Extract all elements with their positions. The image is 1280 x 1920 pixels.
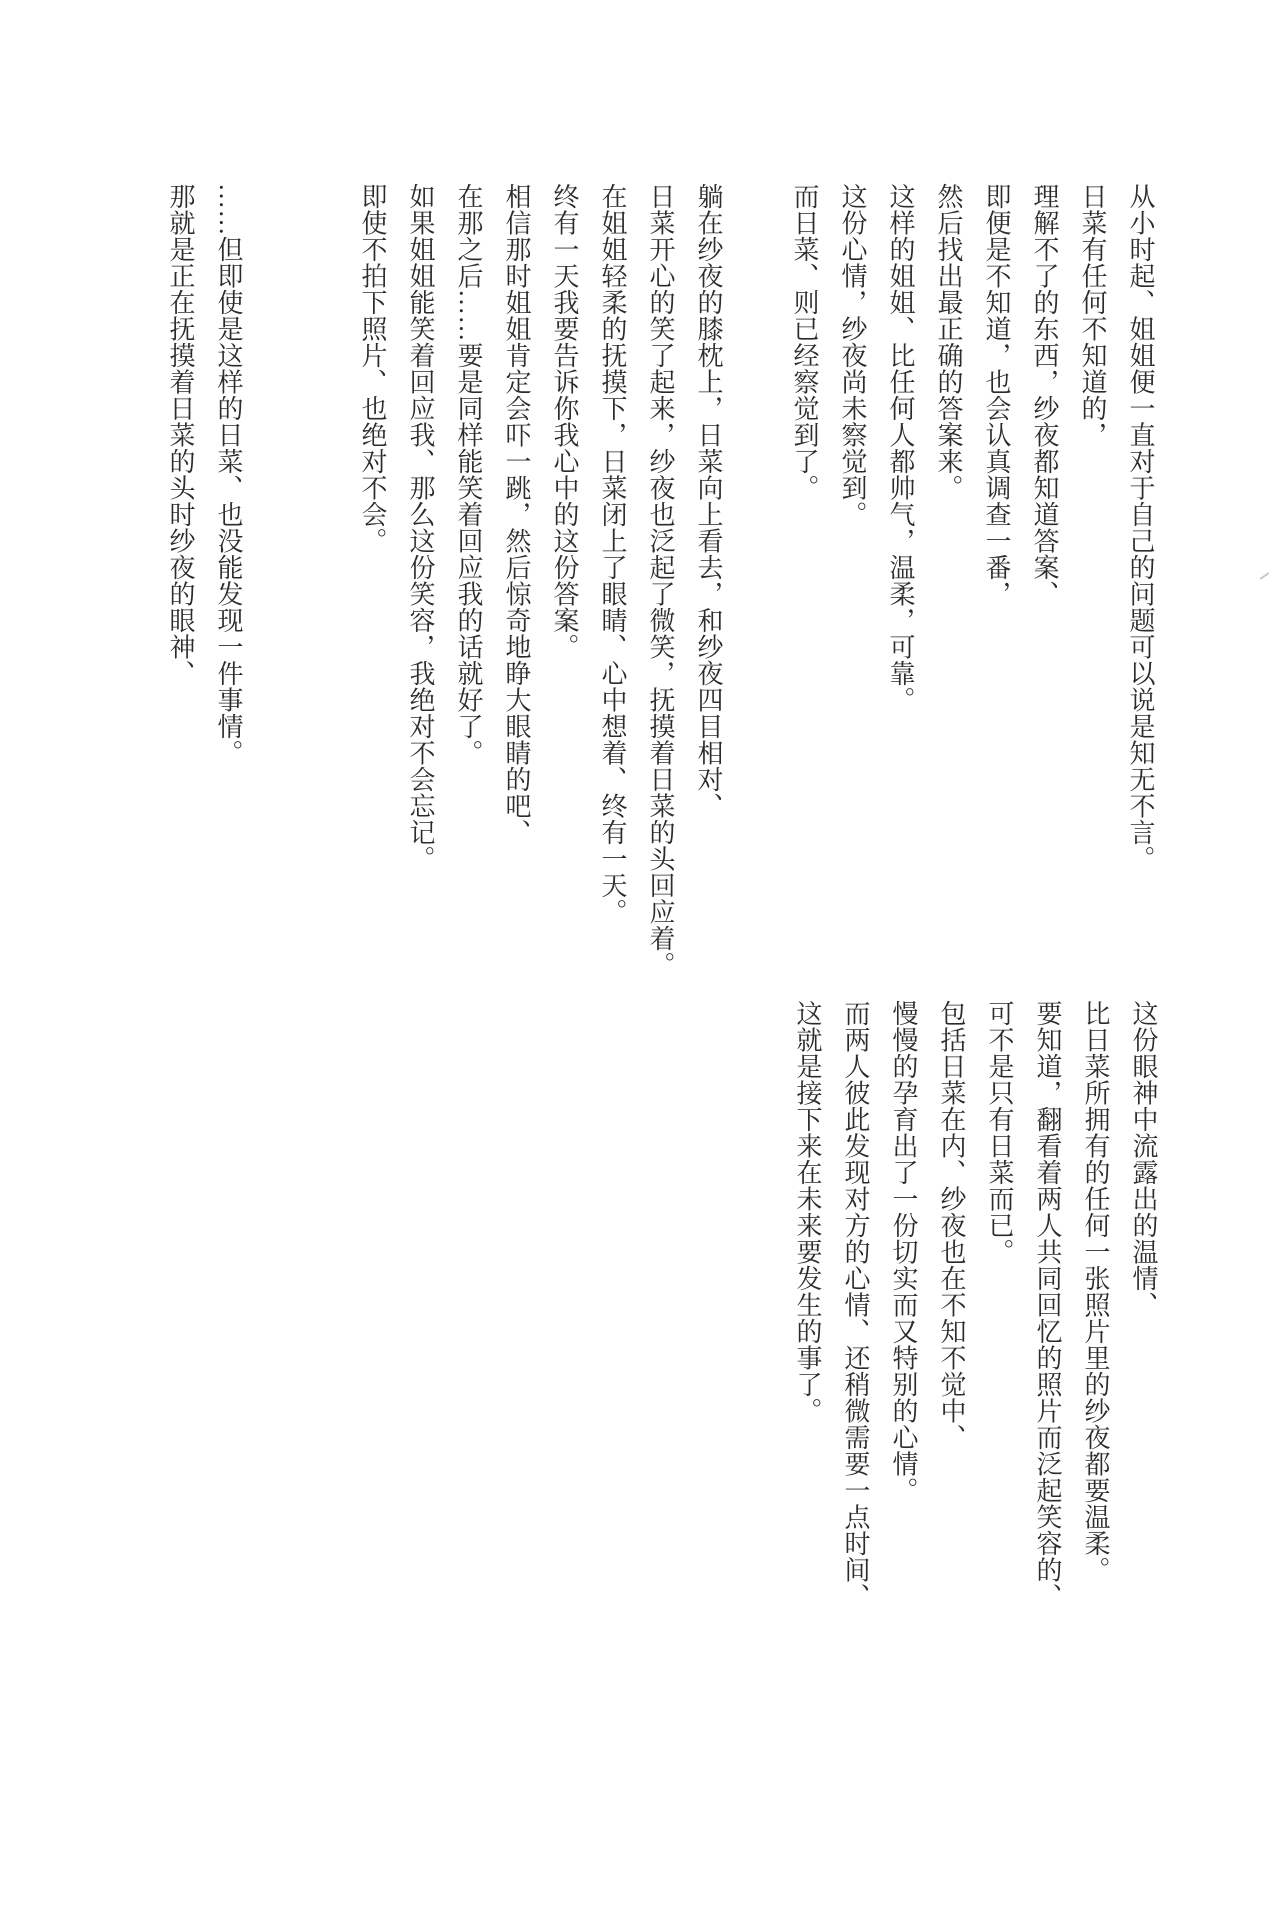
text-line: 然后找出最正确的答案来。: [924, 183, 972, 989]
text-line: 在那之后……要是同样能笑着回应我的话就好了。: [444, 183, 492, 989]
text-line: 这份心情，纱夜尚未察觉到。: [828, 183, 876, 989]
upper-text-block: 从小时起、姐姐便一直对于自己的问题可以说是知无不言。日菜有任何不知道的，理解不了…: [156, 183, 1164, 989]
text-line: [300, 183, 348, 989]
text-line: 在姐姐轻柔的抚摸下，日菜闭上了眼睛、心中想着、终有一天。: [588, 183, 636, 989]
text-line: 这样的姐姐、比任何人都帅气，温柔，可靠。: [876, 183, 924, 989]
text-line: 理解不了的东西，纱夜都知道答案、: [1020, 183, 1068, 989]
scan-artifact-speck: [1259, 572, 1269, 580]
text-line: ……但即使是这样的日菜、也没能发现一件事情。: [204, 183, 252, 989]
text-line: 相信那时姐姐肯定会吓一跳，然后惊奇地睁大眼睛的吧、: [492, 183, 540, 989]
text-line: 那就是正在抚摸着日菜的头时纱夜的眼神、: [156, 183, 204, 989]
novel-page: 从小时起、姐姐便一直对于自己的问题可以说是知无不言。日菜有任何不知道的，理解不了…: [0, 0, 1280, 1920]
text-line: 慢慢的孕育出了一份切实而又特别的心情。: [879, 1000, 927, 1625]
text-line: 终有一天我要告诉你我心中的这份答案。: [540, 183, 588, 989]
text-line: [252, 183, 300, 989]
lower-text-block: 这份眼神中流露出的温情、比日菜所拥有的任何一张照片里的纱夜都要温柔。要知道，翻看…: [783, 1000, 1167, 1625]
text-line: 要知道，翻看着两人共同回忆的照片而泛起笑容的、: [1023, 1000, 1071, 1625]
text-line: 比日菜所拥有的任何一张照片里的纱夜都要温柔。: [1071, 1000, 1119, 1625]
text-line: 日菜有任何不知道的，: [1068, 183, 1116, 989]
text-line: 可不是只有日菜而已。: [975, 1000, 1023, 1625]
text-line: 日菜开心的笑了起来，纱夜也泛起了微笑，抚摸着日菜的头回应着。: [636, 183, 684, 989]
text-line: [732, 183, 780, 989]
text-line: 而日菜、则已经察觉到了。: [780, 183, 828, 989]
text-line: 从小时起、姐姐便一直对于自己的问题可以说是知无不言。: [1116, 183, 1164, 989]
text-line: 即便是不知道，也会认真调查一番，: [972, 183, 1020, 989]
text-line: 包括日菜在内、纱夜也在不知不觉中、: [927, 1000, 975, 1625]
text-line: 躺在纱夜的膝枕上，日菜向上看去，和纱夜四目相对、: [684, 183, 732, 989]
text-line: 即使不拍下照片、也绝对不会。: [348, 183, 396, 989]
text-line: 如果姐姐能笑着回应我、那么这份笑容，我绝对不会忘记。: [396, 183, 444, 989]
text-line: 这就是接下来在未来要发生的事了。: [783, 1000, 831, 1625]
text-line: 而两人彼此发现对方的心情、还稍微需要一点时间、: [831, 1000, 879, 1625]
text-line: 这份眼神中流露出的温情、: [1119, 1000, 1167, 1625]
